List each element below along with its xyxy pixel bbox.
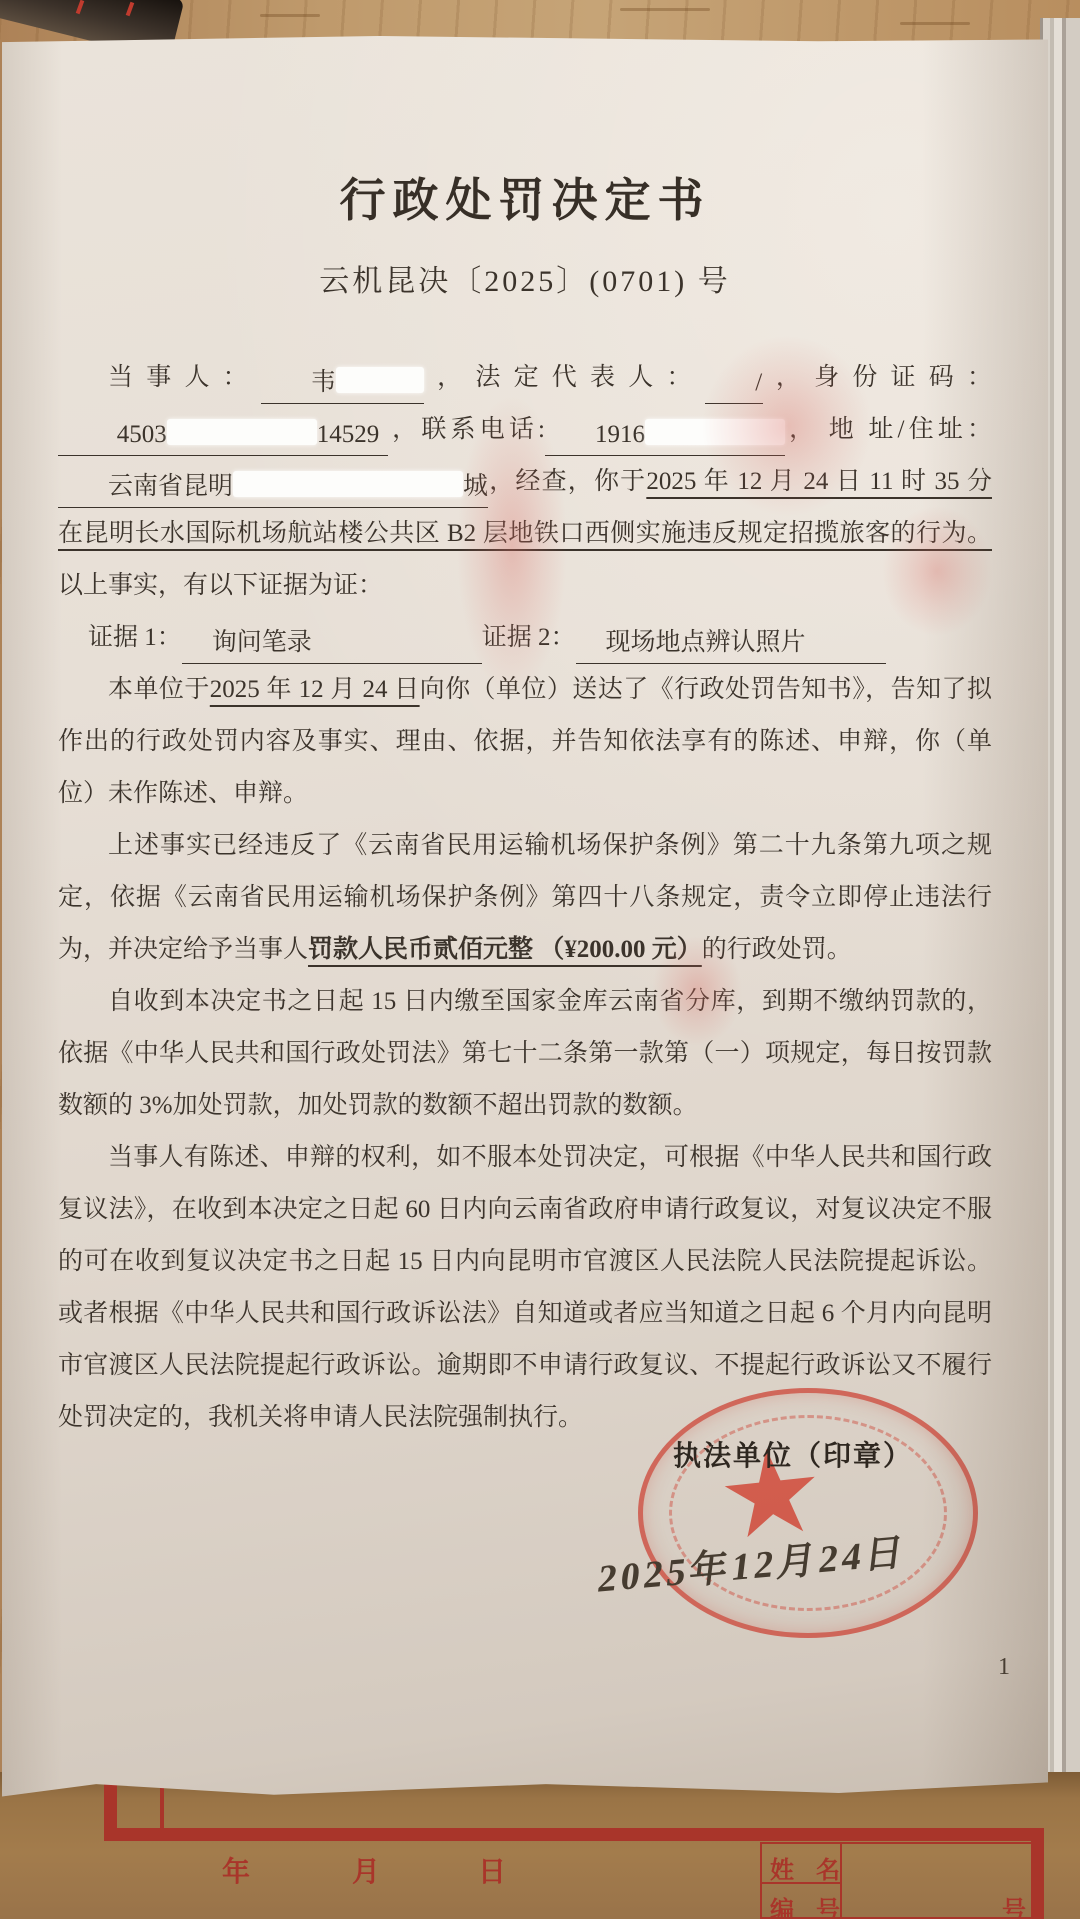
comma: ， [388,416,421,443]
paragraph-notice-service: 本单位于2025 年 12 月 24 日向你（单位）送达了《行政处罚告知书》，告… [58,664,992,820]
id-number-blank: 450314529 [58,415,388,456]
folder-day-label: 日 [478,1850,506,1890]
paragraph-payment-terms: 自收到本决定书之日起 15 日内缴至国家金库云南省分库，到期不缴纳罚款的，依据《… [58,976,992,1132]
paragraph-party-facts: 当事人：韦，法定代表人：/，身份证码：450314529，联系电话:1916， … [58,352,992,612]
address-suffix: 城 [463,473,488,500]
you-label: 你于 [594,468,646,495]
document-body: 当事人：韦，法定代表人：/，身份证码：450314529，联系电话:1916， … [2,352,1048,1444]
redaction-box [233,471,463,497]
penalty-decision-sheet: 行政处罚决定书 云机昆决〔2025〕(0701) 号 当事人：韦，法定代表人：/… [2,36,1048,1800]
legal-rep-label: ，法定代表人： [424,364,705,391]
evidence2-value: 现场地点辨认照片 [576,623,886,664]
redaction-box [167,419,317,445]
evidence2-label: 证据 2： [482,624,576,651]
document-title: 行政处罚决定书 [2,164,1048,230]
folder-red-line [104,1828,1044,1841]
after-address-text: ，经查， [488,468,594,495]
evidence1-value: 询问笔录 [182,623,482,664]
folder-year-label: 年 [222,1850,250,1890]
party-name: 韦 [311,369,336,396]
phone-label: 联系电话: [421,416,545,443]
id-number-prefix: 4503 [117,421,167,448]
id-number-suffix: 14529 [317,421,380,448]
legal-rep-value: / [755,369,762,396]
phone-blank: 1916 [545,415,785,456]
after-fact-text: 以上事实，有以下证据为证： [58,572,383,599]
redaction-box [645,419,785,445]
document-number: 云机昆决〔2025〕(0701) 号 [2,256,1048,300]
penalty-post: 的行政处罚。 [702,936,852,963]
address-prefix: 云南省昆明 [108,473,233,500]
folder-number-label: 编 号 [770,1890,848,1919]
enforcement-unit-label: 执法单位（印章） [598,1434,988,1474]
notice-date-underlined: 2025 年 12 月 24 日 [210,676,420,703]
address-blank: 云南省昆明城 [58,467,488,508]
wood-grain-streak [620,8,710,11]
party-name-blank: 韦 [261,363,424,404]
address-label: ， 地 址/住址： [785,416,992,443]
phone-prefix: 1916 [595,421,645,448]
folder-month-label: 月 [352,1850,380,1890]
page-number: 1 [998,1654,1010,1681]
party-label: 当事人： [108,364,261,391]
evidence-line: 证据 1：询问笔录证据 2：现场地点辨认照片 [58,612,992,664]
kraft-folder-cover: 年 月 日 姓 名 编 号 号 [0,1772,1080,1919]
id-label: ，身份证码： [763,364,992,391]
wood-grain-streak [260,14,320,17]
photo-of-penalty-document: 年 月 日 姓 名 编 号 号 行政处罚决定书 云机昆决〔2025〕(0701)… [0,0,1080,1919]
paragraph-penalty-decision: 上述事实已经违反了《云南省民用运输机场保护条例》第二十九条第九项之规定，依据《云… [58,820,992,976]
wood-grain-streak [900,22,970,25]
folder-number-suffix: 号 [1002,1890,1026,1919]
redaction-box [336,367,424,393]
penalty-amount-underlined: 罚款人民币贰佰元整 （¥200.00 元） [308,936,702,963]
evidence1-label: 证据 1： [88,624,182,651]
folder-name-label: 姓 名 [770,1850,848,1885]
legal-rep-blank: / [705,363,763,404]
notice-pre: 本单位于 [108,676,210,703]
